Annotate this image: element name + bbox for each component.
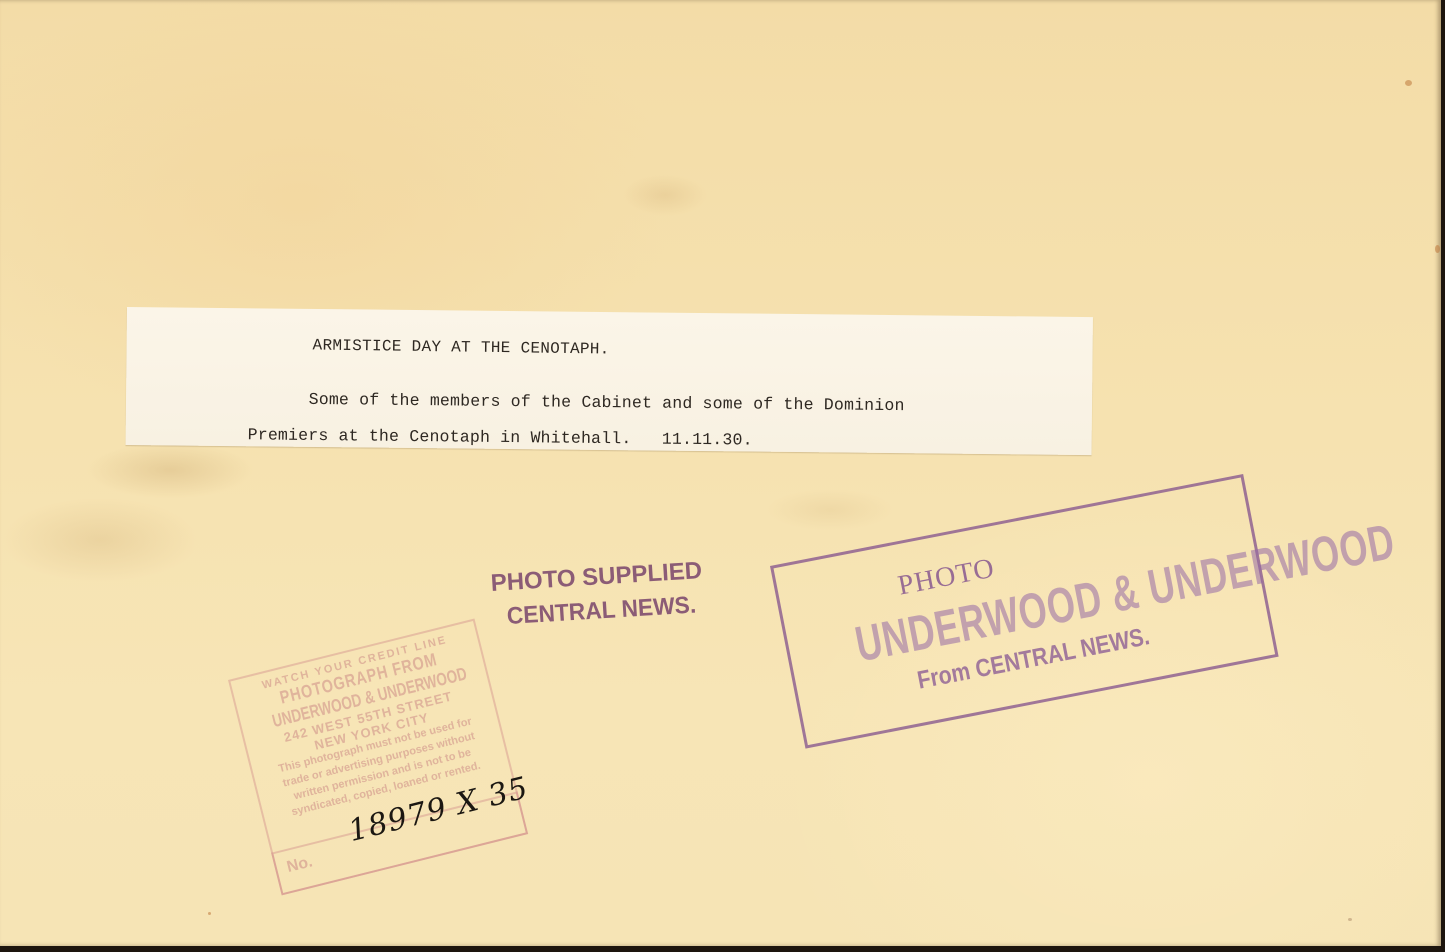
- caption-title: ARMISTICE DAY AT THE CENOTAPH.: [312, 336, 609, 358]
- central-news-stamp-line-1: PHOTO SUPPLIED: [490, 557, 705, 598]
- credit-line-stamp: WATCH YOUR CREDIT LINE PHOTOGRAPH FROM U…: [228, 619, 528, 896]
- photo-back-paper: ARMISTICE DAY AT THE CENOTAPH. Some of t…: [0, 0, 1441, 946]
- underwood-stamp: PHOTO UNDERWOOD & UNDERWOOD From CENTRAL…: [770, 474, 1279, 749]
- central-news-stamp: PHOTO SUPPLIED CENTRAL NEWS.: [490, 557, 707, 632]
- credit-stamp-number-label: No.: [285, 853, 314, 877]
- foxing-spot: [1435, 245, 1440, 253]
- foxing-spot: [1348, 918, 1352, 921]
- central-news-stamp-line-2: CENTRAL NEWS.: [506, 592, 697, 632]
- scan-edge-bottom: [0, 946, 1445, 952]
- caption-line-1: Some of the members of the Cabinet and s…: [309, 390, 905, 415]
- scan-edge-right: [1441, 0, 1445, 952]
- foxing-spot: [208, 912, 211, 915]
- foxing-spot: [1405, 80, 1412, 86]
- caption-body: Some of the members of the Cabinet and s…: [247, 372, 905, 487]
- caption-line-2: Premiers at the Cenotaph in Whitehall. 1…: [248, 426, 905, 451]
- caption-strip: ARMISTICE DAY AT THE CENOTAPH. Some of t…: [126, 307, 1093, 455]
